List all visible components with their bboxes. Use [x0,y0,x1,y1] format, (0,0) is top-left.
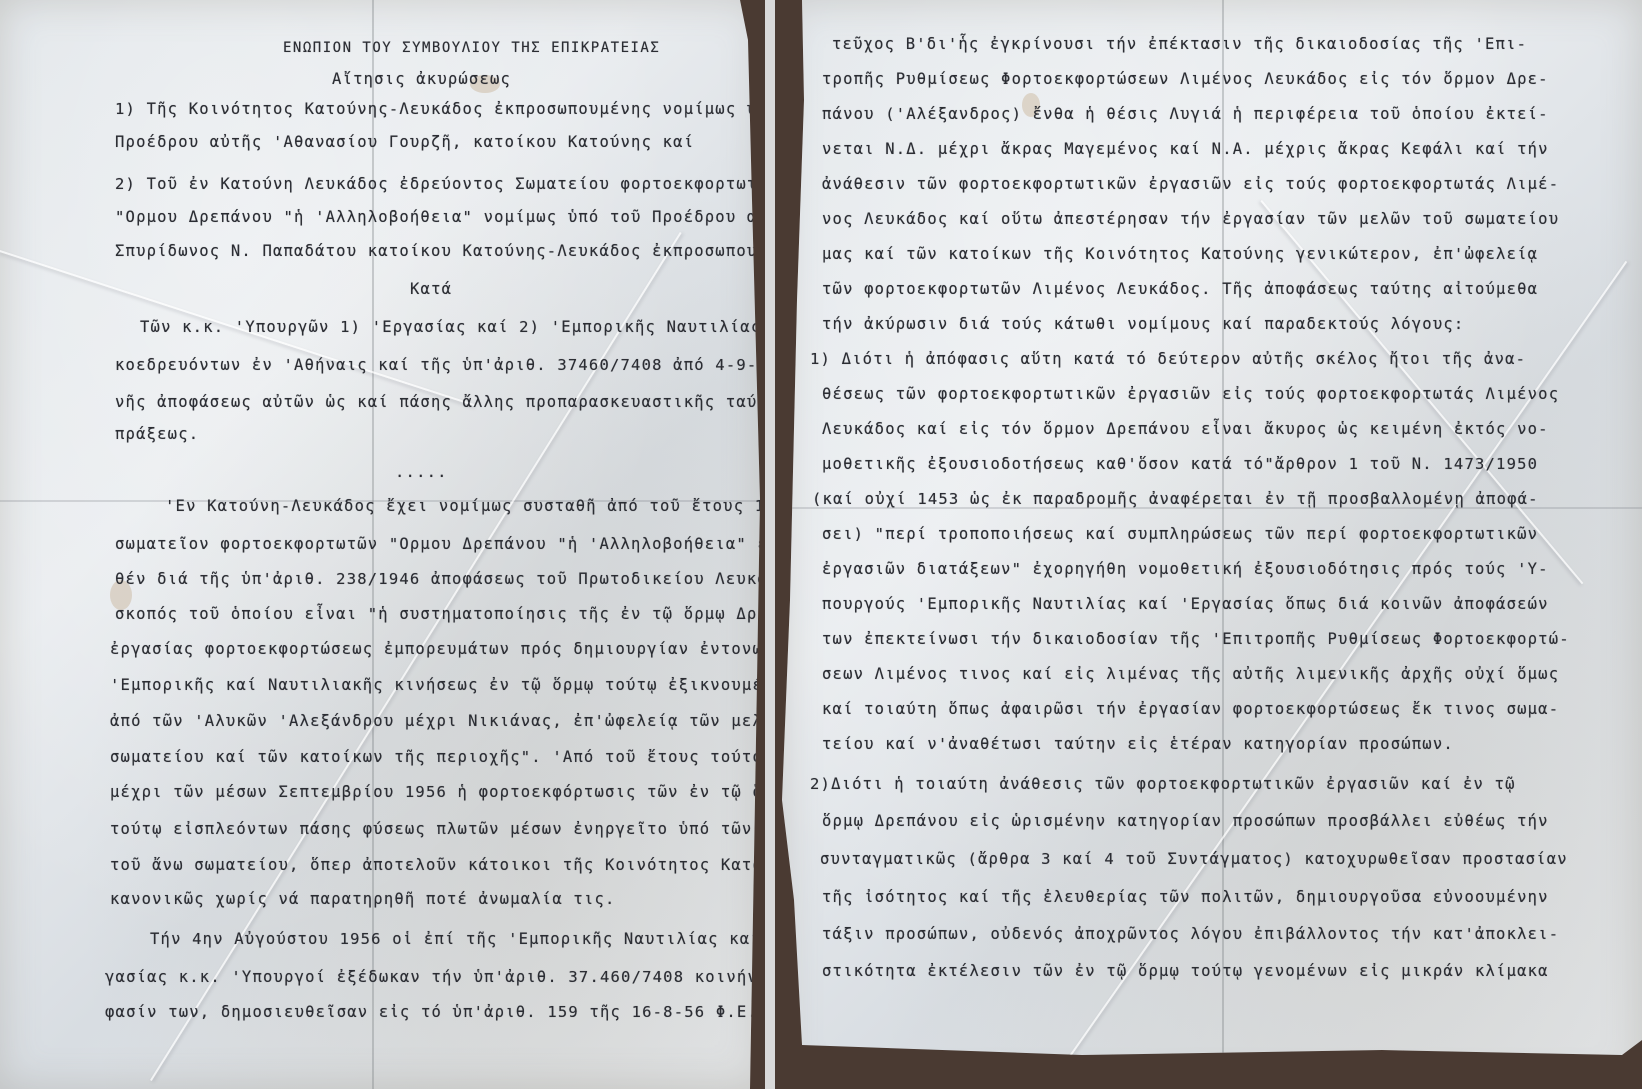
text-line: συνταγματικῶς (ἄρθρα 3 καί 4 τοῦ Συντάγμ… [820,850,1568,868]
text-line: Τήν 4ην Αὐγούστου 1956 οἱ ἐπί τῆς 'Εμπορ… [150,930,762,948]
document-heading: ΕΝΩΠΙΟΝ ΤΟΥ ΣΥΜΒΟΥΛΙΟΥ ΤΗΣ ΕΠΙΚΡΑΤΕΙΑΣ [283,40,660,56]
text-line: καί τοιαύτη ὅπως ἀφαιρῶσι τήν ἐργασίαν φ… [822,700,1559,718]
text-line: 'Εν Κατούνη-Λευκάδος ἔχει νομίμως συσταθ… [165,497,762,515]
text-line: σωματεῖον φορτοεκφορτωτῶν "Ορμου Δρεπάνο… [115,535,762,553]
text-line: πάνου ('Αλέξανδρος) ἔνθα ἡ θέσις Λυγιά ἡ… [822,105,1549,123]
text-line: σκοπός τοῦ ὁποίου εἶναι "ἡ συστηματοποίη… [115,605,762,623]
text-line: (καί οὐχί 1453 ὡς ἐκ παραδρομῆς ἀναφέρετ… [812,490,1539,508]
ellipsis-separator: ..... [395,463,448,481]
text-line: θέν διά τῆς ὑπ'ἀριθ. 238/1946 ἀποφάσεως … [115,570,762,588]
document-page-left: ΕΝΩΠΙΟΝ ΤΟΥ ΣΥΜΒΟΥΛΙΟΥ ΤΗΣ ΕΠΙΚΡΑΤΕΙΑΣ Α… [0,0,762,1089]
text-line: Τῶν κ.κ. 'Υπουργῶν 1) 'Εργασίας καί 2) '… [140,318,762,336]
text-line: τείου καί ν'ἀναθέτωσι ταύτην εἰς ἑτέραν … [822,735,1454,753]
text-line: πουργούς 'Εμπορικῆς Ναυτιλίας καί 'Εργασ… [822,595,1549,613]
text-line: τεῦχος Β'δι'ἧς ἐγκρίνουσι τήν ἐπέκτασιν … [832,35,1527,53]
text-line: μέχρι τῶν μέσων Σεπτεμβρίου 1956 ἡ φορτο… [110,783,762,801]
text-line: ὅρμῳ Δρεπάνου εἰς ὡρισμένην κατηγορίαν π… [822,812,1549,830]
text-line: κοεδρευόντων ἐν 'Αθήναις καί τῆς ὑπ'ἀριθ… [115,356,762,374]
text-line: σει) "περί τροποποιήσεως καί συμπληρώσεω… [822,525,1538,543]
text-line: τροπῆς Ρυθμίσεως Φορτοεκφορτώσεων Λιμένο… [822,70,1549,88]
text-line: ἐργασίας φορτοεκφορτώσεως ἐμπορευμάτων π… [110,640,762,658]
text-line: στικότητα ἐκτέλεσιν τῶν ἐν τῷ ὅρμῳ τούτῳ… [822,962,1549,980]
text-line: μοθετικῆς ἐξουσιοδοτήσεως καθ'ὅσον κατά … [822,455,1538,473]
text-line: θέσεως τῶν φορτοεκφορτωτικῶν ἐργασιῶν εἰ… [822,385,1559,403]
text-line: "Ορμου Δρεπάνου "ἡ 'Αλληλοβοήθεια" νομίμ… [115,208,762,226]
text-line: ἐργασιῶν διατάξεων" ἐχορηγήθη νομοθετική… [822,560,1549,578]
text-line: νῆς ἀποφάσεως αὐτῶν ὡς καί πάσης ἄλλης π… [115,393,762,411]
document-page-right: τεῦχος Β'δι'ἧς ἐγκρίνουσι τήν ἐπέκτασιν … [782,0,1642,1089]
text-line: πράξεως. [115,425,199,443]
text-line: γασίας κ.κ. 'Υπουργοί ἐξέδωκαν τήν ὑπ'ἀρ… [105,968,762,986]
text-line: 1) Διότι ἡ ἀπόφασις αὕτη κατά τό δεύτερο… [810,350,1526,368]
text-line: Σπυρίδωνος Ν. Παπαδάτου κατοίκου Κατούνη… [115,242,762,260]
text-line: 'Εμπορικῆς καί Ναυτιλιακῆς κινήσεως ἐν τ… [110,676,762,694]
text-line: μας καί τῶν κατοίκων τῆς Κοινότητος Κατο… [822,245,1538,263]
text-line: ἀπό τῶν 'Αλυκῶν 'Αλεξάνδρου μέχρι Νικιάν… [110,712,762,730]
text-line: τῆς ἰσότητος καί τῆς ἐλευθερίας τῶν πολι… [822,888,1549,906]
text-line: τῶν φορτοεκφορτωτῶν Λιμένος Λευκάδος. Τῆ… [822,280,1538,298]
section-heading-kata: Κατά [410,280,452,298]
text-line: 2)Διότι ἡ τοιαύτη ἀνάθεσις τῶν φορτοεκφο… [810,775,1516,793]
text-line: Λευκάδος καί εἰς τόν ὅρμον Δρεπάνου εἶνα… [822,420,1549,438]
text-line: σεων Λιμένος τινος καί εἰς λιμένας τῆς α… [822,665,1559,683]
text-line: 1) Τῆς Κοινότητος Κατούνης-Λευκάδος ἐκπρ… [115,100,762,118]
text-line: φασίν των, δημοσιευθεῖσαν εἰς τό ὑπ'ἀριθ… [105,1003,762,1021]
text-line: τούτῳ εἰσπλεόντων πάσης φύσεως πλωτῶν μέ… [110,820,762,838]
text-line: των ἐπεκτείνωσι τήν δικαιοδοσίαν τῆς 'Επ… [822,630,1570,648]
text-line: Προέδρου αὐτῆς 'Αθανασίου Γουρζῆ, κατοίκ… [115,133,694,151]
text-line: τήν ἀκύρωσιν διά τούς κάτωθι νομίμους κα… [822,315,1464,333]
text-line: 2) Τοῦ ἐν Κατούνη Λευκάδος ἐδρεύοντος Σω… [115,175,762,193]
document-subheading: Αἴτησις ἀκυρώσεως [332,70,511,88]
text-line: ἀνάθεσιν τῶν φορτοεκφορτωτικῶν ἐργασιῶν … [822,175,1559,193]
text-line: νος Λευκάδος καί οὕτω ἀπεστέρησαν τήν ἐρ… [822,210,1559,228]
text-line: κανονικῶς χωρίς νά παρατηρηθῆ ποτέ ἀνωμα… [110,890,616,908]
text-line: τοῦ ἄνω σωματείου, ὅπερ ἀποτελοῦν κάτοικ… [110,856,762,874]
text-line: σωματείου καί τῶν κατοίκων τῆς περιοχῆς"… [110,748,762,766]
text-line: τάξιν προσώπων, οὐδενός ἀποχρῶντος λόγου… [822,925,1559,943]
text-line: νεται Ν.Δ. μέχρι ἄκρας Μαγεμένος καί Ν.Α… [822,140,1549,158]
